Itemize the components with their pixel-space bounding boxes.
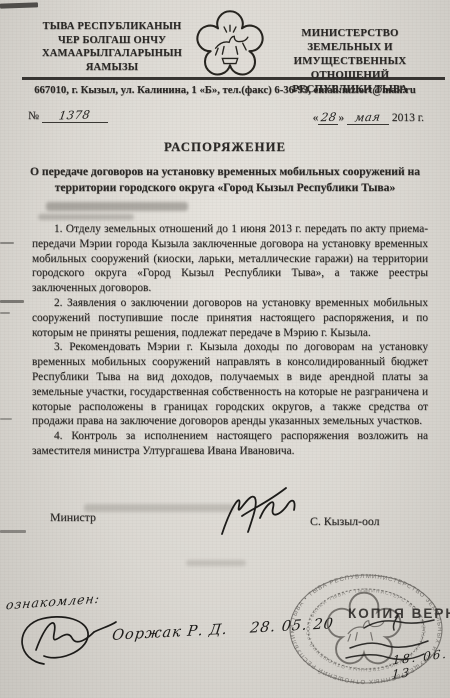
signature-block: Министр С. Кызыл-оол: [0, 500, 450, 560]
org-right-line: ЗЕМЕЛЬНЫХ И ИМУЩЕСТВЕННЫХ: [252, 40, 448, 68]
org-left-line: ЧЕР БОЛГАШ ОНЧУ: [26, 34, 198, 48]
org-left-line: ЯАМЫЗЫ: [26, 61, 198, 75]
scan-artifact: [0, 242, 14, 244]
document-body: 1. Отделу земельных отношений до 1 июня …: [32, 222, 428, 459]
date-day-handwritten: 28: [319, 110, 337, 125]
document-paragraph: 2. Заявления о заключении договоров на у…: [32, 296, 428, 340]
scan-artifact: [0, 418, 12, 420]
address-line: 667010, г. Кызыл, ул. Калинина, 1 «Б», т…: [12, 84, 438, 96]
quote-close: »: [338, 112, 344, 124]
org-name-tuvan: ТЫВА РЕСПУБЛИКАНЫН ЧЕР БОЛГАШ ОНЧУ ХАМАА…: [26, 20, 198, 74]
number-date-row: № 1378 «28» мая 2013 г.: [28, 108, 432, 123]
document-paragraph: 3. Рекомендовать Мэрии г. Кызыла доходы …: [32, 340, 428, 429]
reviewer-name: Ооржак Р. Д.: [111, 622, 228, 644]
date-month-handwritten: мая: [354, 110, 382, 125]
org-right-line: МИНИСТЕРСТВО: [252, 26, 448, 40]
date-year: 2013 г.: [392, 112, 424, 124]
document-number-handwritten: 1378: [42, 108, 108, 123]
document-subject: О передаче договоров на установку времен…: [14, 164, 436, 195]
scan-smudge: [38, 214, 134, 220]
document-date: «28» мая 2013 г.: [313, 110, 424, 125]
document-paragraph: 1. Отделу земельных отношений до 1 июня …: [32, 222, 428, 296]
letterhead-divider: [22, 77, 445, 80]
scan-smudge: [46, 202, 188, 211]
org-left-line: ХАМААРЫЛГАЛАРЫНЫН: [26, 47, 198, 61]
scan-artifact: [0, 300, 24, 303]
reviewer-signature: [10, 602, 120, 674]
number-label: №: [28, 110, 39, 122]
signer-position: Министр: [50, 510, 96, 525]
signer-name: С. Кызыл-оол: [310, 514, 380, 529]
scan-artifact: [0, 2, 38, 8]
document-title: РАСПОРЯЖЕНИЕ: [0, 140, 450, 155]
scan-smudge: [186, 560, 246, 566]
org-left-line: ТЫВА РЕСПУБЛИКАНЫН: [26, 20, 198, 34]
scan-artifact: [0, 312, 10, 314]
document-paragraph: 4. Контроль за исполнением настоящего ра…: [32, 429, 428, 459]
scanned-document-page: ТЫВА РЕСПУБЛИКАНЫН ЧЕР БОЛГАШ ОНЧУ ХАМАА…: [0, 0, 450, 698]
minister-signature: [208, 482, 308, 546]
